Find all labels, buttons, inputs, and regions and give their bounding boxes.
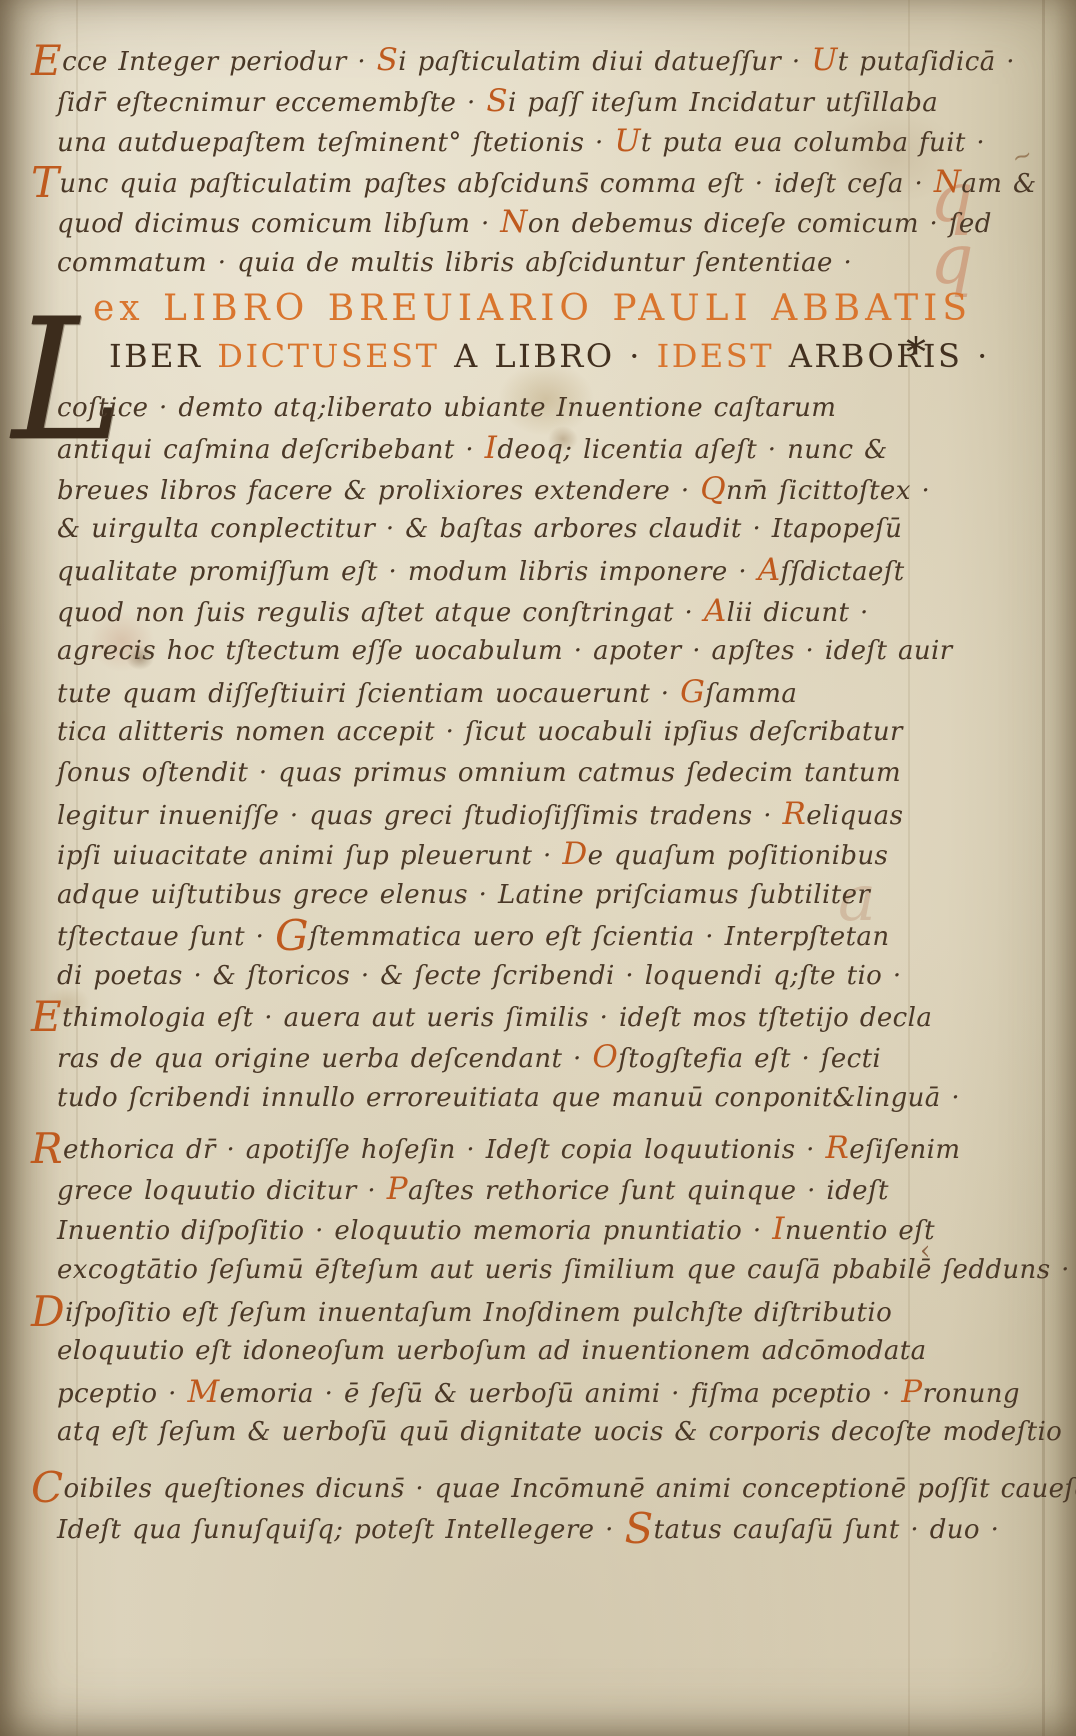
manuscript-line-29: Inuentio diſpoſitio · eloquutio memoria …	[57, 1209, 929, 1250]
text-run: DICTUSEST	[217, 337, 454, 375]
text-run: ethorica dr̄ · apotiſſe hoſeſin · Ideſt …	[63, 1135, 825, 1165]
text-run: thimologia eſt · auera aut ueris ſimilis…	[62, 1003, 932, 1033]
text-run: agrecis hoc tſtectum eſſe uocabulum · ap…	[57, 636, 953, 666]
text-run: deoq; licentia aſeſt · nunc &	[497, 435, 887, 465]
text-run: eloquutio eſt idoneoſum uerboſum ad inue…	[57, 1336, 927, 1366]
text-run: D	[562, 836, 587, 872]
manuscript-line-31: Diſpoſitio eſt ſeſum inuentaſum Inoſdine…	[31, 1291, 929, 1332]
text-run: tute quam diſſeſtiuiri ſcientiam uocauer…	[57, 679, 680, 709]
manuscript-line-26: tudo ſcribendi innullo erroreuitiata que…	[57, 1078, 929, 1119]
text-run: A	[704, 593, 727, 629]
text-run: ronung	[923, 1379, 1020, 1409]
text-run: di poetas · & ſtoricos · & ſecte ſcriben…	[57, 961, 902, 991]
text-run: t putaſidicā ·	[838, 47, 1015, 77]
text-run: quod dicimus comicum libſum ·	[57, 209, 500, 239]
text-run: S	[377, 42, 399, 78]
text-run: i paſſ iteſum Incidatur utſillaba	[508, 88, 938, 118]
text-run: aſtes rethorice ſunt quinque · ideſt	[408, 1176, 889, 1206]
text-run: ipſi uiuacitate animi ſup pleuerunt ·	[57, 841, 562, 871]
text-run: IBER	[109, 337, 217, 375]
text-run: cce Integer periodur ·	[62, 47, 377, 77]
manuscript-line-17: tica alitteris nomen accepit · ſicut uoc…	[57, 712, 929, 753]
text-run: R	[783, 796, 807, 832]
text-run: S	[486, 83, 508, 119]
text-run: emoria · ē ſeſū & uerboſū animi · fiſma …	[220, 1379, 902, 1409]
manuscript-line-28: grece loquutio dicitur · Paſtes rethoric…	[57, 1169, 929, 1210]
text-run: tatus cauſaſū ſunt · duo ·	[654, 1515, 1000, 1545]
text-run: ſtogſtefia eſt · ſecti	[618, 1044, 881, 1074]
manuscript-line-7: ex LIBRO BREUIARIO PAULI ABBATIS	[57, 286, 929, 333]
text-run: T	[31, 158, 59, 207]
text-run: pceptio ·	[57, 1379, 187, 1409]
text-run: U	[614, 123, 641, 159]
text-run: E	[31, 36, 62, 85]
text-run: unc quia paſticulatim paſtes abſciduns̄ …	[59, 169, 933, 199]
manuscript-line-15: agrecis hoc tſtectum eſſe uocabulum · ap…	[57, 631, 929, 672]
text-run: C	[31, 1463, 64, 1512]
text-run: coſtice · demto atq;liberato ubiante Inu…	[57, 393, 836, 423]
text-run: N	[934, 164, 962, 200]
manuscript-line-12: & uirgulta conplectitur · & baſtas arbor…	[57, 509, 929, 550]
text-run: ſſdictaeſt	[780, 557, 904, 587]
text-run: una autduepaſtem teſminent° ſtetionis ·	[57, 128, 614, 158]
text-run: on debemus diceſe comicum · ſed	[528, 209, 992, 239]
text-run: Q	[700, 471, 726, 507]
text-run: t puta eua columba fuit ·	[641, 128, 985, 158]
text-run: tica alitteris nomen accepit · ſicut uoc…	[57, 717, 903, 747]
text-run: eliquas	[806, 801, 903, 831]
manuscript-line-32: eloquutio eſt idoneoſum uerboſum ad inue…	[57, 1331, 929, 1372]
text-run: A	[758, 552, 781, 588]
manuscript-line-6: commatum · quia de multis libris abſcidu…	[57, 243, 929, 284]
text-run: E	[31, 992, 62, 1041]
text-run: I	[772, 1211, 785, 1247]
manuscript-line-19: legitur inueniſſe · quas greci ſtudioſiſ…	[57, 794, 929, 835]
margin-pen-stroke: ~	[1008, 140, 1036, 173]
manuscript-line-10: antiqui caſmina deſcribebant · Ideoq; li…	[57, 428, 929, 469]
manuscript-line-30: excogtātio ſeſumū ēſteſum aut ueris ſimi…	[57, 1250, 929, 1291]
text-run: i paſticulatim diui datueſſur ·	[398, 47, 811, 77]
manuscript-line-21: adque uiſtutibus grece elenus · Latine p…	[57, 875, 929, 916]
manuscript-line-3: una autduepaſtem teſminent° ſtetionis · …	[57, 121, 929, 162]
manuscript-line-9: coſtice · demto atq;liberato ubiante Inu…	[57, 388, 929, 429]
text-run: G	[680, 674, 705, 710]
manuscript-line-27: Rethorica dr̄ · apotiſſe hoſeſin · Ideſt…	[31, 1128, 929, 1169]
text-run: ſonus oſtendit · quas primus omnium catm…	[57, 758, 901, 788]
text-run: lii dicunt ·	[727, 598, 869, 628]
text-run: am &	[961, 169, 1036, 199]
text-run: ſtemmatica uero eſt ſcientia · Interpſte…	[309, 922, 890, 952]
text-run: G	[275, 911, 309, 960]
text-block: Ecce Integer periodur · Si paſticulatim …	[57, 40, 929, 1548]
text-run: P	[387, 1171, 408, 1207]
manuscript-line-22: tſtectaue ſunt · Gſtemmatica uero eſt ſc…	[57, 915, 929, 956]
text-run: antiqui caſmina deſcribebant ·	[57, 435, 485, 465]
text-run: & uirgulta conplectitur · & baſtas arbor…	[57, 514, 902, 544]
manuscript-line-2: ſidr̄ eſtecnimur eccemembſte · Si paſſ i…	[57, 81, 929, 122]
manuscript-line-18: ſonus oſtendit · quas primus omnium catm…	[57, 753, 929, 794]
text-run: Inuentio diſpoſitio · eloquutio memoria …	[57, 1216, 772, 1246]
text-run: I	[485, 430, 498, 466]
text-run: commatum · quia de multis libris abſcidu…	[57, 248, 852, 278]
manuscript-line-8: IBER DICTUSEST A LIBRO · IDEST ARBORIS ·	[57, 333, 929, 380]
manuscript-line-33: pceptio · Memoria · ē ſeſū & uerboſū ani…	[57, 1372, 929, 1413]
text-run: M	[187, 1374, 219, 1410]
text-run: ras de qua origine uerba deſcendant ·	[57, 1044, 592, 1074]
text-run: N	[500, 204, 528, 240]
text-run: S	[624, 1504, 653, 1553]
text-run: IDEST	[657, 337, 789, 375]
manuscript-line-34: atq eſt ſeſum & uerboſū quū dignitate uo…	[57, 1412, 929, 1453]
manuscript-line-25: ras de qua origine uerba deſcendant · Oſ…	[57, 1037, 929, 1078]
manuscript-line-20: ipſi uiuacitate animi ſup pleuerunt · De…	[57, 834, 929, 875]
text-run: R	[31, 1124, 63, 1173]
text-run: nuentio eſt	[785, 1216, 935, 1246]
text-run: excogtātio ſeſumū ēſteſum aut ueris ſimi…	[57, 1255, 1070, 1285]
manuscript-line-23: di poetas · & ſtoricos · & ſecte ſcriben…	[57, 956, 929, 997]
text-run: eſiſenim	[849, 1135, 960, 1165]
text-run: oibiles queſtiones dicuns̄ · quae Incōmu…	[64, 1474, 1076, 1504]
text-run: nm̄ ſicittoſtex ·	[726, 476, 930, 506]
text-run: ſamma	[705, 679, 797, 709]
text-run: A LIBRO ·	[454, 337, 657, 375]
manuscript-line-13: qualitate promiſſum eſt · modum libris i…	[57, 550, 929, 591]
text-run: R	[825, 1130, 849, 1166]
text-run: ARBORIS ·	[789, 337, 990, 375]
text-run: grece loquutio dicitur ·	[57, 1176, 387, 1206]
text-run: ſidr̄ eſtecnimur eccemembſte ·	[57, 88, 486, 118]
text-run: atq eſt ſeſum & uerboſū quū dignitate uo…	[57, 1417, 1062, 1447]
text-run: U	[811, 42, 838, 78]
text-run: quod non ſuis regulis aſtet atque conſtr…	[57, 598, 704, 628]
text-run: tſtectaue ſunt ·	[57, 922, 275, 952]
text-run: e quaſum poſitionibus	[588, 841, 889, 871]
manuscript-page: L q q * ~ a ‹ Ecce Integer periodur · Si…	[0, 0, 1076, 1736]
text-run: Ideſt qua ſunuſquiſq; poteſt Intellegere…	[57, 1515, 624, 1545]
text-run: adque uiſtutibus grece elenus · Latine p…	[57, 880, 870, 910]
manuscript-line-35: Coibiles queſtiones dicuns̄ · quae Incōm…	[31, 1467, 929, 1508]
text-run: D	[31, 1287, 65, 1336]
manuscript-line-4: Tunc quia paſticulatim paſtes abſciduns̄…	[31, 162, 929, 203]
manuscript-line-11: breues libros facere & prolixiores exten…	[57, 469, 929, 510]
text-run: O	[592, 1039, 618, 1075]
manuscript-line-16: tute quam diſſeſtiuiri ſcientiam uocauer…	[57, 672, 929, 713]
manuscript-line-36: Ideſt qua ſunuſquiſq; poteſt Intellegere…	[57, 1508, 929, 1549]
text-run: breues libros facere & prolixiores exten…	[57, 476, 700, 506]
text-run: ex LIBRO BREUIARIO PAULI ABBATIS	[93, 288, 972, 329]
text-run: iſpoſitio eſt ſeſum inuentaſum Inoſdinem…	[65, 1298, 892, 1328]
manuscript-line-1: Ecce Integer periodur · Si paſticulatim …	[31, 40, 929, 81]
manuscript-line-24: Ethimologia eſt · auera aut ueris ſimili…	[31, 996, 929, 1037]
text-run: qualitate promiſſum eſt · modum libris i…	[57, 557, 758, 587]
text-run: tudo ſcribendi innullo erroreuitiata que…	[57, 1083, 960, 1113]
manuscript-line-14: quod non ſuis regulis aſtet atque conſtr…	[57, 591, 929, 632]
text-run: P	[901, 1374, 922, 1410]
text-run: legitur inueniſſe · quas greci ſtudioſiſ…	[57, 801, 783, 831]
manuscript-line-5: quod dicimus comicum libſum · Non debemu…	[57, 202, 929, 243]
